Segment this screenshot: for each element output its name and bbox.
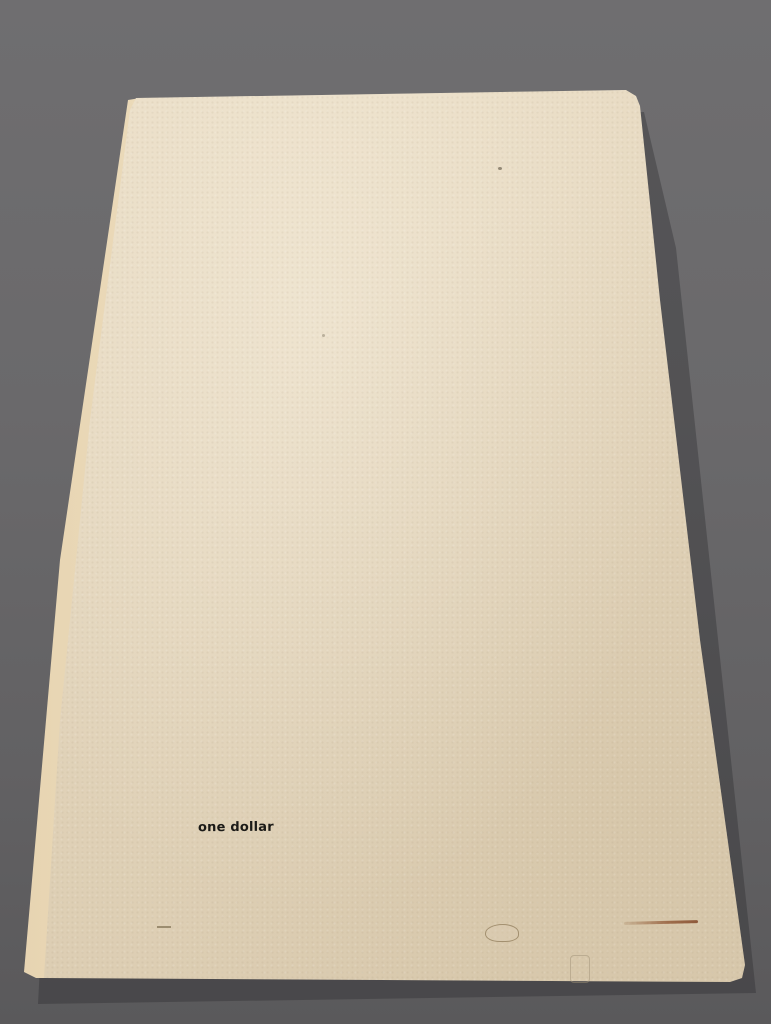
cover-mark	[157, 926, 171, 928]
photo-scene: one dollar	[0, 0, 771, 1024]
book-back-cover	[0, 0, 771, 1024]
cover-speck	[322, 334, 325, 337]
water-stain	[485, 924, 519, 942]
price-label: one dollar	[198, 820, 274, 835]
paper-texture	[0, 0, 771, 1024]
cover-indent	[570, 955, 590, 983]
cover-speck	[498, 167, 502, 170]
